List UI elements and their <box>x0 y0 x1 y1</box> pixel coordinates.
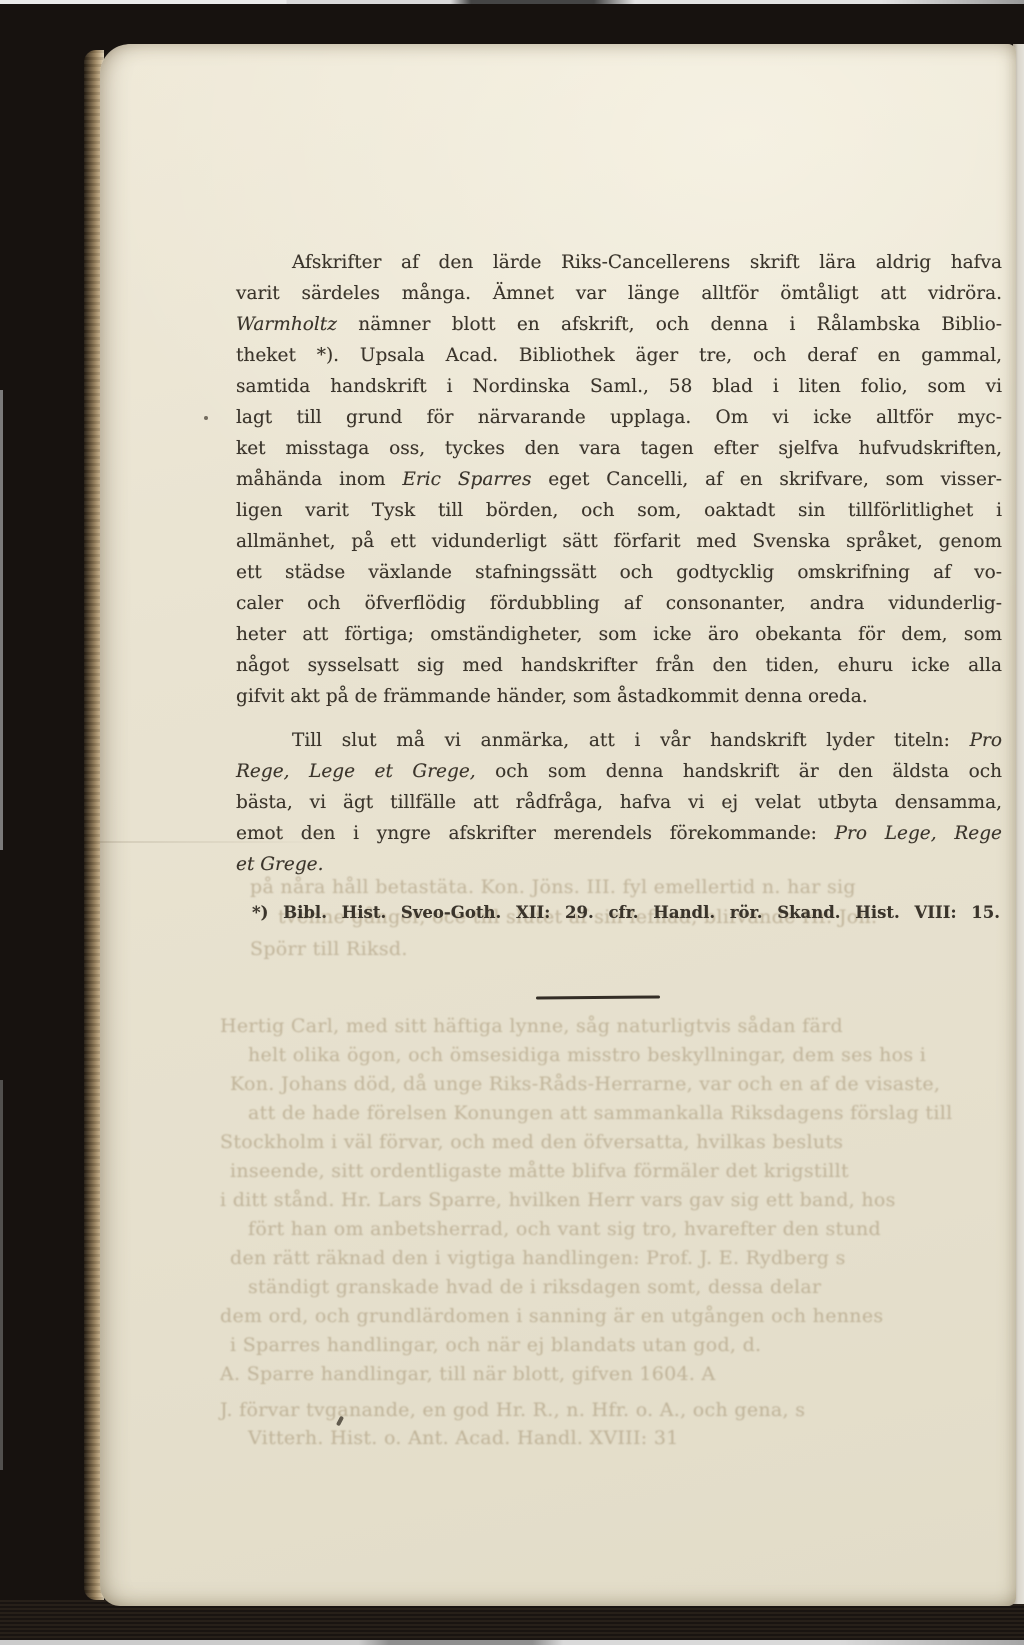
text-line: något sysselsatt sig med handskrifter fr… <box>236 650 1002 681</box>
text-line: Till slut må vi anmärka, att i vår hands… <box>236 725 1002 756</box>
text-line: Rege, Lege et Grege, och som denna hands… <box>236 756 1002 787</box>
bleedthrough-line: ständigt granskade hvad de i riksdagen s… <box>220 1273 992 1302</box>
bleedthrough-text: Hertig Carl, med sitt häftiga lynne, såg… <box>220 1012 992 1389</box>
bleedthrough-line: dem ord, och grundlärdomen i sanning är … <box>220 1302 992 1331</box>
text-line: allmänhet, på ett vidunderligt sätt förf… <box>236 526 1002 557</box>
footnote: *) Bibl. Hist. Sveo-Goth. XII: 29. cfr. … <box>252 901 1000 925</box>
scan-edge-sliver <box>0 1080 3 1470</box>
bleedthrough-line: helt olika ögon, och ömsesidiga misstro … <box>220 1041 992 1070</box>
bleedthrough-line: Spörr till Riksd. <box>250 934 964 964</box>
section-divider-rule <box>536 995 660 999</box>
text-line: Afskrifter af den lärde Riks-Cancelleren… <box>236 247 1002 278</box>
bleedthrough-text: Spörr till Riksd. <box>250 934 964 964</box>
text-line: bästa, vi ägt tillfälle att rådfråga, ha… <box>236 787 1002 818</box>
scanner-strip-top <box>0 0 1024 4</box>
scan-edge-sliver <box>0 390 3 850</box>
bleedthrough-line: Vitterh. Hist. o. Ant. Acad. Handl. XVII… <box>220 1424 992 1452</box>
bleedthrough-line: A. Sparre handlingar, till när blott, gi… <box>220 1360 992 1389</box>
scanner-strip-bottom <box>0 1640 1024 1645</box>
bleedthrough-line: fört han om anbetsherrad, och vant sig t… <box>220 1215 992 1244</box>
bleedthrough-line: i Sparres handlingar, och när ej blandat… <box>220 1331 992 1360</box>
scanned-page: på nåra håll betastäta. Kon. Jöns. III. … <box>100 44 1016 1606</box>
bleedthrough-line: Hertig Carl, med sitt häftiga lynne, såg… <box>220 1012 992 1041</box>
text-line: et Grege. <box>236 849 1002 880</box>
page-crease <box>100 841 335 843</box>
bleedthrough-line: i ditt stånd. Hr. Lars Sparre, hvilken H… <box>220 1186 992 1215</box>
text-line: ket misstaga oss, tyckes den vara tagen … <box>236 433 1002 464</box>
bleedthrough-line: J. förvar tvganande, en god Hr. R., n. H… <box>220 1396 992 1424</box>
ink-speck <box>204 416 208 420</box>
text-line: lagt till grund för närvarande upplaga. … <box>236 402 1002 433</box>
text-line: heter att förtiga; omständigheter, som i… <box>236 619 1002 650</box>
bleedthrough-line: att de hade förelsen Konungen att samman… <box>220 1099 992 1128</box>
text-line: varit särdeles många. Ämnet var länge al… <box>236 278 1002 309</box>
text-line: Warmholtz nämner blott en afskrift, och … <box>236 309 1002 340</box>
book-scan-frame: på nåra håll betastäta. Kon. Jöns. III. … <box>0 0 1024 1645</box>
text-line: måhända inom Eric Sparres eget Cancelli,… <box>236 464 1002 495</box>
paragraph: Till slut må vi anmärka, att i vår hands… <box>236 725 1002 880</box>
text-line: *) Bibl. Hist. Sveo-Goth. XII: 29. cfr. … <box>252 901 1000 925</box>
text-line: caler och öfverflödig fördubbling af con… <box>236 588 1002 619</box>
text-line: emot den i yngre afskrifter merendels fö… <box>236 818 1002 849</box>
book-cloth-texture <box>0 1600 1024 1640</box>
text-line: ett städse växlande stafningssätt och go… <box>236 557 1002 588</box>
text-line: ligen varit Tysk till börden, och som, o… <box>236 495 1002 526</box>
paragraph: Afskrifter af den lärde Riks-Cancelleren… <box>236 247 1002 712</box>
bleedthrough-line: den rätt räknad den i vigtiga handlingen… <box>220 1244 992 1273</box>
bleedthrough-line: Kon. Johans död, då unge Riks-Råds-Herra… <box>220 1070 992 1099</box>
bleedthrough-line: Stockholm i väl förvar, och med den öfve… <box>220 1128 992 1157</box>
text-line: samtida handskrift i Nordinska Saml., 58… <box>236 371 1002 402</box>
text-line: theket *). Upsala Acad. Bibliothek äger … <box>236 340 1002 371</box>
text-line: gifvit akt på de främmande händer, som å… <box>236 681 1002 712</box>
bleedthrough-line: inseende, sitt ordentligaste måtte blifv… <box>220 1157 992 1186</box>
